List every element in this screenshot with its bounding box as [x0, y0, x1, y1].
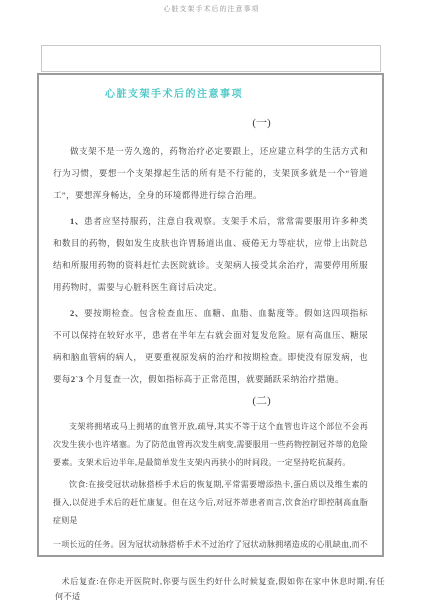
document-body-box: 心脏支架手术后的注意事项 (一) 做支架不是一劳久逸的，药物治疗必定要跟上，还应… [37, 73, 384, 557]
item-2-text-after: 个月复查一次，假如指标高于正常范围，就要踊跃采纳治疗措施。 [83, 374, 344, 384]
section-2-paragraph-3: 一项长远的任务。因为冠状动脉搭桥手术不过治疗了冠状动脉拥堵造成的心肌缺血,而不是… [53, 536, 368, 557]
section-2-paragraph-1: 支架将拥堵或马上拥堵的血管开放,疏导,其实不等于这个血管也许这个部位不会再次发生… [53, 418, 368, 472]
item-2-number: 2、 [70, 308, 84, 318]
section-2-paragraph-2: 饮食:在接受冠状动脉搭桥手术后的恢复期,平常需要增添热卡,蛋白质以及维生素的摄入… [53, 476, 368, 530]
section-1-item-1: 1、患者应坚持服药，注意自我观察。支架手术后，常常需要服用许多种类和数目的药物，… [53, 210, 368, 298]
post-op-review-paragraph: 术后复查:在你走开医院时,你要与医生约好什么时候复查,假如你在家中休息时期,有任… [55, 574, 385, 600]
section-1-intro-paragraph: 做支架不是一劳久逸的，药物治疗必定要跟上，还应建立科学的生活方式和行为习惯，要想… [53, 140, 368, 206]
empty-header-box [41, 45, 381, 72]
item-1-number: 1、 [70, 216, 84, 226]
section-2-marker: (二) [53, 394, 368, 408]
item-2-text-before: 要按期检查。包含检查血压、血糖、血脂、血黏度等。假如这四项指标不可以保持在较好水… [53, 308, 368, 384]
item-2-highlight: 2`3 [71, 374, 84, 384]
item-1-text: 患者应坚持服药，注意自我观察。支架手术后，常常需要服用许多种类和数目的药物，假如… [53, 216, 368, 292]
document-page: 心脏支架手术后的注意事项 心脏支架手术后的注意事项 (一) 做支架不是一劳久逸的… [0, 0, 423, 600]
print-header-title: 心脏支架手术后的注意事项 [0, 4, 423, 14]
section-1-marker: (一) [53, 116, 368, 130]
section-1-item-2: 2、要按期检查。包含检查血压、血糖、血脂、血黏度等。假如这四项指标不可以保持在较… [53, 302, 368, 390]
document-title: 心脏支架手术后的注意事项 [105, 85, 368, 100]
